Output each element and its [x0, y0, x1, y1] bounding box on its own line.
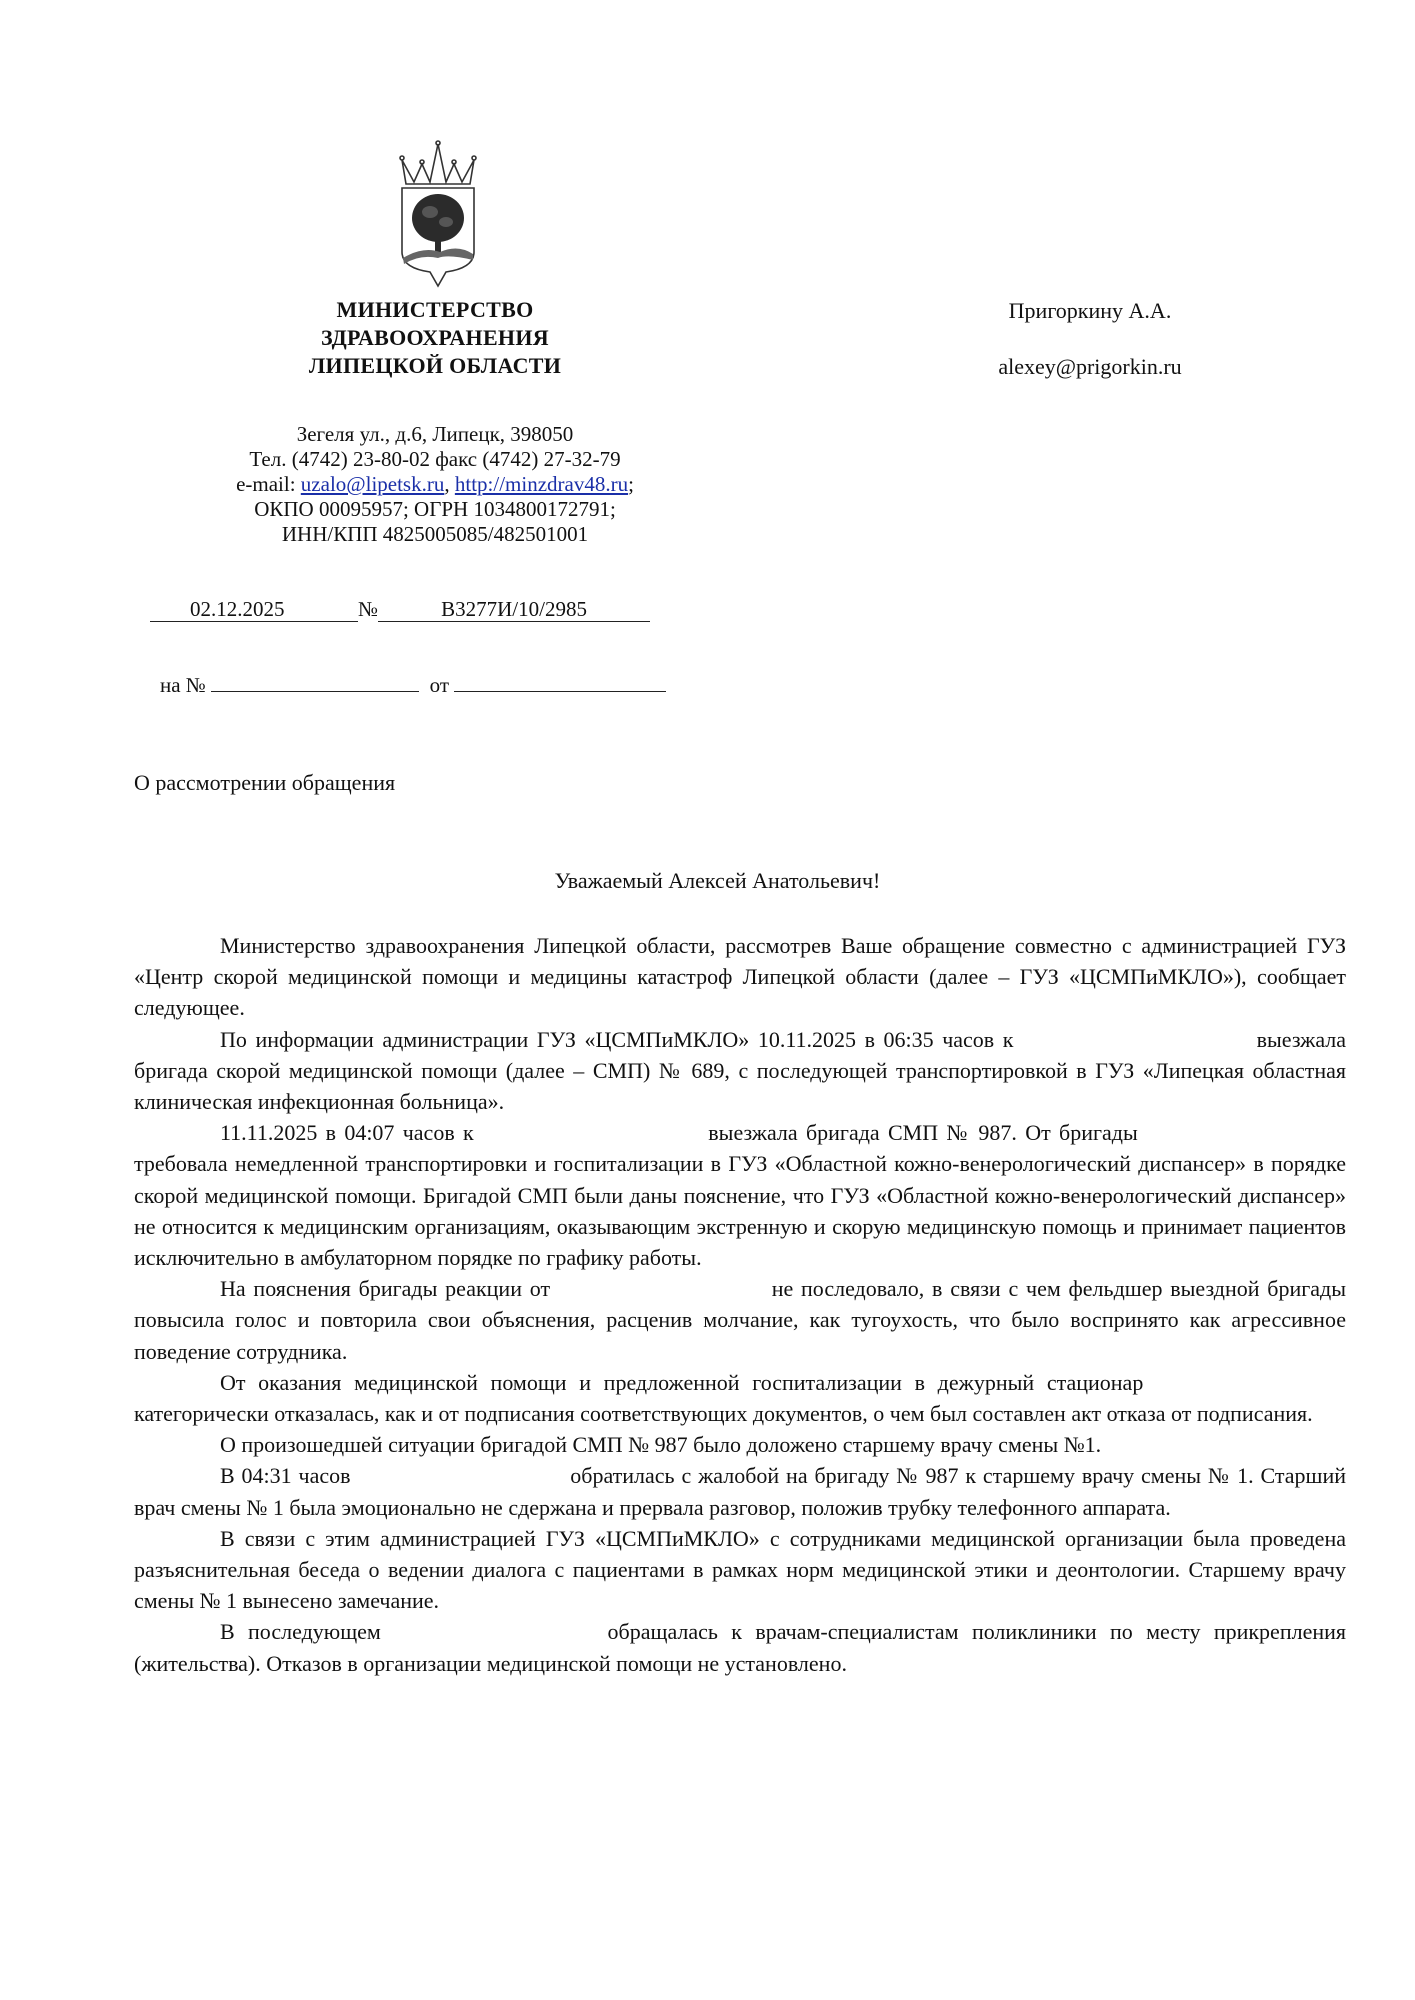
inn-kpp: ИНН/КПП 4825005085/482501001 [160, 522, 710, 547]
from-label: от [430, 673, 449, 697]
ministry-line: МИНИСТЕРСТВО [200, 296, 670, 324]
paragraph: В последующем обращалась к врачам-специа… [134, 1616, 1346, 1678]
recipient-name: Пригоркину А.А. [940, 298, 1240, 324]
ministry-line: ЛИПЕЦКОЙ ОБЛАСТИ [200, 352, 670, 380]
from-date-field [454, 673, 666, 692]
paragraph-text: В последующем [220, 1619, 381, 1644]
reference-line: на № от [160, 673, 666, 698]
paragraph: Министерство здравоохранения Липецкой об… [134, 930, 1346, 1024]
paragraph: О произошедшей ситуации бригадой СМП № 9… [134, 1429, 1346, 1460]
greeting: Уважаемый Алексей Анатольевич! [0, 868, 1415, 894]
recipient-email: alexey@prigorkin.ru [940, 354, 1240, 380]
okpo-ogrn: ОКПО 00095957; ОГРН 1034800172791; [160, 497, 710, 522]
email-label: e-mail: [236, 472, 301, 496]
paragraph-text: По информации администрации ГУЗ «ЦСМПиМК… [220, 1027, 1013, 1052]
paragraph: По информации администрации ГУЗ «ЦСМПиМК… [134, 1024, 1346, 1118]
address: Зегеля ул., д.6, Липецк, 398050 [160, 422, 710, 447]
paragraph: 11.11.2025 в 04:07 часов к выезжала бриг… [134, 1117, 1346, 1273]
paragraph-text: 11.11.2025 в 04:07 часов к [220, 1120, 474, 1145]
phone-fax: Тел. (4742) 23-80-02 факс (4742) 27-32-7… [160, 447, 710, 472]
ministry-name: МИНИСТЕРСТВО ЗДРАВООХРАНЕНИЯ ЛИПЕЦКОЙ ОБ… [200, 296, 670, 380]
paragraph-text: От оказания медицинской помощи и предлож… [220, 1370, 1143, 1395]
ref-number-field [211, 673, 419, 692]
paragraph-text: требовала немедленной транспортировки и … [134, 1151, 1346, 1270]
registration-number: В3277И/10/2985 [378, 597, 650, 622]
ministry-line: ЗДРАВООХРАНЕНИЯ [200, 324, 670, 352]
registration-line: 02.12.2025№В3277И/10/2985 [150, 597, 650, 622]
paragraph-text: На пояснения бригады реакции от [220, 1276, 550, 1301]
paragraph: В связи с этим администрацией ГУЗ «ЦСМПи… [134, 1523, 1346, 1617]
ministry-email-link[interactable]: uzalo@lipetsk.ru [301, 472, 445, 496]
paragraph-text: выезжала бригада СМП № 987. От бригады [708, 1120, 1137, 1145]
paragraph-text: В 04:31 часов [220, 1463, 351, 1488]
email-website-line: e-mail: uzalo@lipetsk.ru, http://minzdra… [160, 472, 710, 497]
number-sign: № [358, 597, 378, 621]
registration-date: 02.12.2025 [150, 597, 358, 622]
ministry-website-link[interactable]: http://minzdrav48.ru [455, 472, 628, 496]
ministry-contacts: Зегеля ул., д.6, Липецк, 398050 Тел. (47… [160, 422, 710, 547]
separator: , [444, 472, 455, 496]
paragraph: На пояснения бригады реакции от не после… [134, 1273, 1346, 1367]
recipient-block: Пригоркину А.А. alexey@prigorkin.ru [940, 298, 1240, 380]
paragraph: В 04:31 часов обратилась с жалобой на бр… [134, 1460, 1346, 1522]
paragraph: От оказания медицинской помощи и предлож… [134, 1367, 1346, 1429]
letter-subject: О рассмотрении обращения [134, 770, 395, 796]
ref-label: на № [160, 673, 206, 697]
lipetsk-coat-of-arms-icon [388, 140, 488, 290]
paragraph-text: категорически отказалась, как и от подпи… [134, 1401, 1313, 1426]
letter-body: Министерство здравоохранения Липецкой об… [134, 930, 1346, 1679]
separator: ; [628, 472, 634, 496]
